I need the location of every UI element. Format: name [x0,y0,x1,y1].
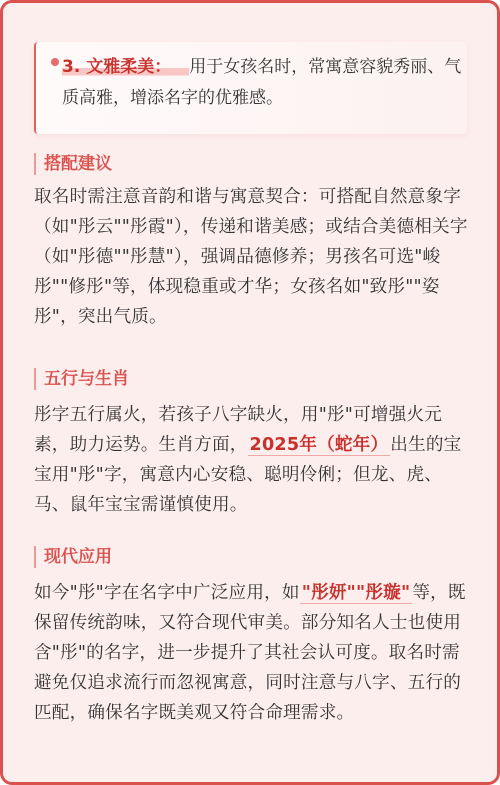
highlight-example-names: "彤妍""彤璇" [300,583,413,604]
section-heading-pairing: 搭配建议 [34,153,112,175]
bullet-dot-icon [51,58,59,66]
paragraph-text: 如今"彤"字在名字中广泛应用，如 [34,583,300,603]
paragraph-text: 取名时需注意音韵和谐与寓意契合：可搭配自然意象字（如"彤云""彤霞"），传递和谐… [34,187,468,327]
quote-text-block: 3. 文雅柔美：用于女孩名时，常寓意容貌秀丽、气质高雅，增添名字的优雅感。 [62,52,462,114]
section-paragraph-pairing: 取名时需注意音韵和谐与寓意契合：可搭配自然意象字（如"彤云""彤霞"），传递和谐… [34,182,470,332]
highlight-year: 2025年（蛇年） [248,435,391,456]
quote-card: 3. 文雅柔美：用于女孩名时，常寓意容貌秀丽、气质高雅，增添名字的优雅感。 [34,42,467,134]
paragraph-text: 等，既保留传统韵味，又符合现代审美。部分知名人士也使用含"彤"的名字，进一步提升… [34,583,466,723]
section-heading-five-elements: 五行与生肖 [34,368,129,390]
section-heading-modern-use: 现代应用 [34,546,112,568]
quote-label: 3. 文雅柔美： [62,57,189,77]
section-paragraph-five-elements: 彤字五行属火，若孩子八字缺火，用"彤"可增强火元素，助力运势。生肖方面，2025… [34,400,470,520]
section-paragraph-modern-use: 如今"彤"字在名字中广泛应用，如"彤妍""彤璇"等，既保留传统韵味，又符合现代审… [34,578,470,728]
